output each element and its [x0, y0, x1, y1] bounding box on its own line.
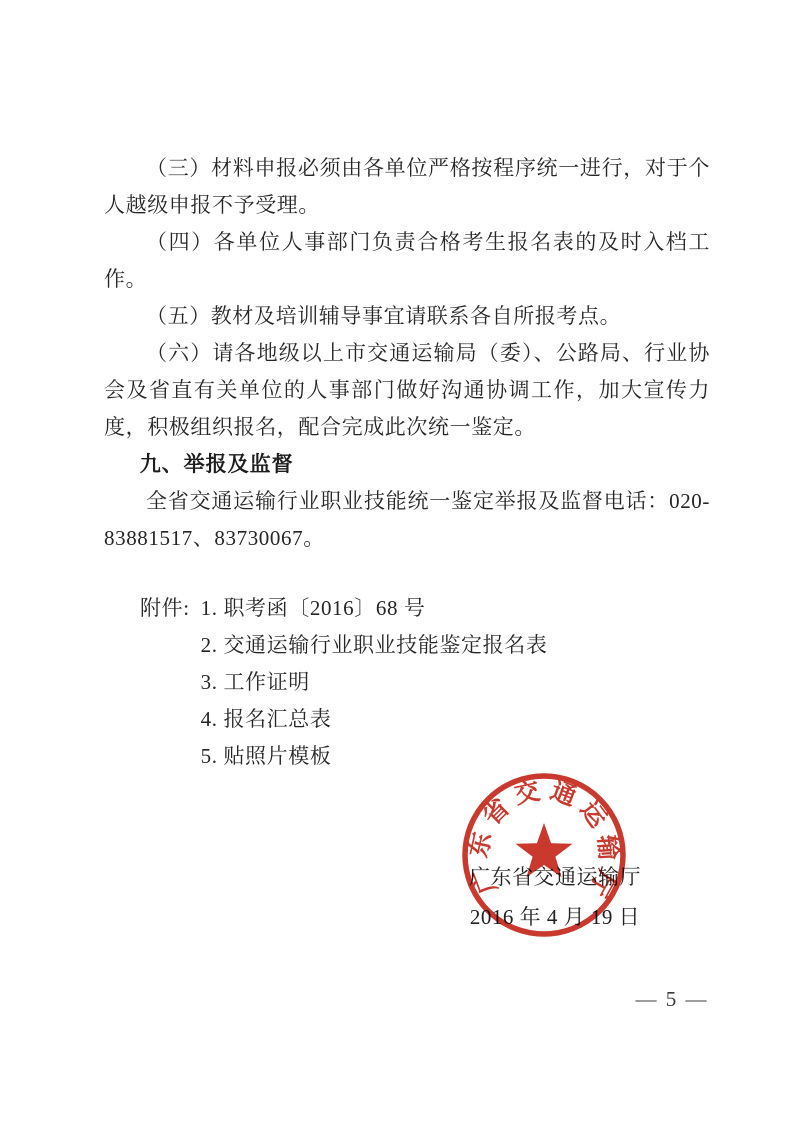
section-heading-reporting: 九、举报及监督 — [104, 446, 710, 483]
attachment-item: 3. 工作证明 — [201, 664, 710, 701]
issuer-name: 广东省交通运输厅 — [462, 863, 648, 892]
attachment-item: 5. 贴照片模板 — [201, 738, 710, 775]
paragraph-item-4: （四）各单位人事部门负责合格考生报名表的及时入档工作。 — [104, 224, 710, 298]
document-page: （三）材料申报必须由各单位严格按程序统一进行，对于个人越级申报不予受理。 （四）… — [0, 0, 794, 1123]
paragraph-item-5: （五）教材及培训辅导事宜请联系各自所报考点。 — [104, 298, 710, 335]
section-body-reporting: 全省交通运输行业职业技能统一鉴定举报及监督电话：020-83881517、837… — [104, 483, 710, 557]
issue-date: 2016 年 4 月 19 日 — [462, 903, 648, 932]
paragraph-item-6: （六）请各地级以上市交通运输局（委）、公路局、行业协会及省直有关单位的人事部门做… — [104, 335, 710, 446]
attachments-block: 附件: 1. 职考函〔2016〕68 号 2. 交通运输行业职业技能鉴定报名表 … — [140, 590, 710, 775]
document-body: （三）材料申报必须由各单位严格按程序统一进行，对于个人越级申报不予受理。 （四）… — [104, 150, 710, 775]
page-number: — 5 — — [627, 987, 717, 1012]
attachment-item: 4. 报名汇总表 — [201, 701, 710, 738]
attachments-list: 1. 职考函〔2016〕68 号 2. 交通运输行业职业技能鉴定报名表 3. 工… — [201, 590, 710, 775]
attachment-item: 2. 交通运输行业职业技能鉴定报名表 — [201, 627, 710, 664]
attachments-label: 附件: — [140, 590, 190, 627]
paragraph-item-3: （三）材料申报必须由各单位严格按程序统一进行，对于个人越级申报不予受理。 — [104, 150, 710, 224]
attachment-item: 1. 职考函〔2016〕68 号 — [201, 590, 710, 627]
signature-block: 广东省交通运输厅 2016 年 4 月 19 日 — [462, 863, 648, 932]
